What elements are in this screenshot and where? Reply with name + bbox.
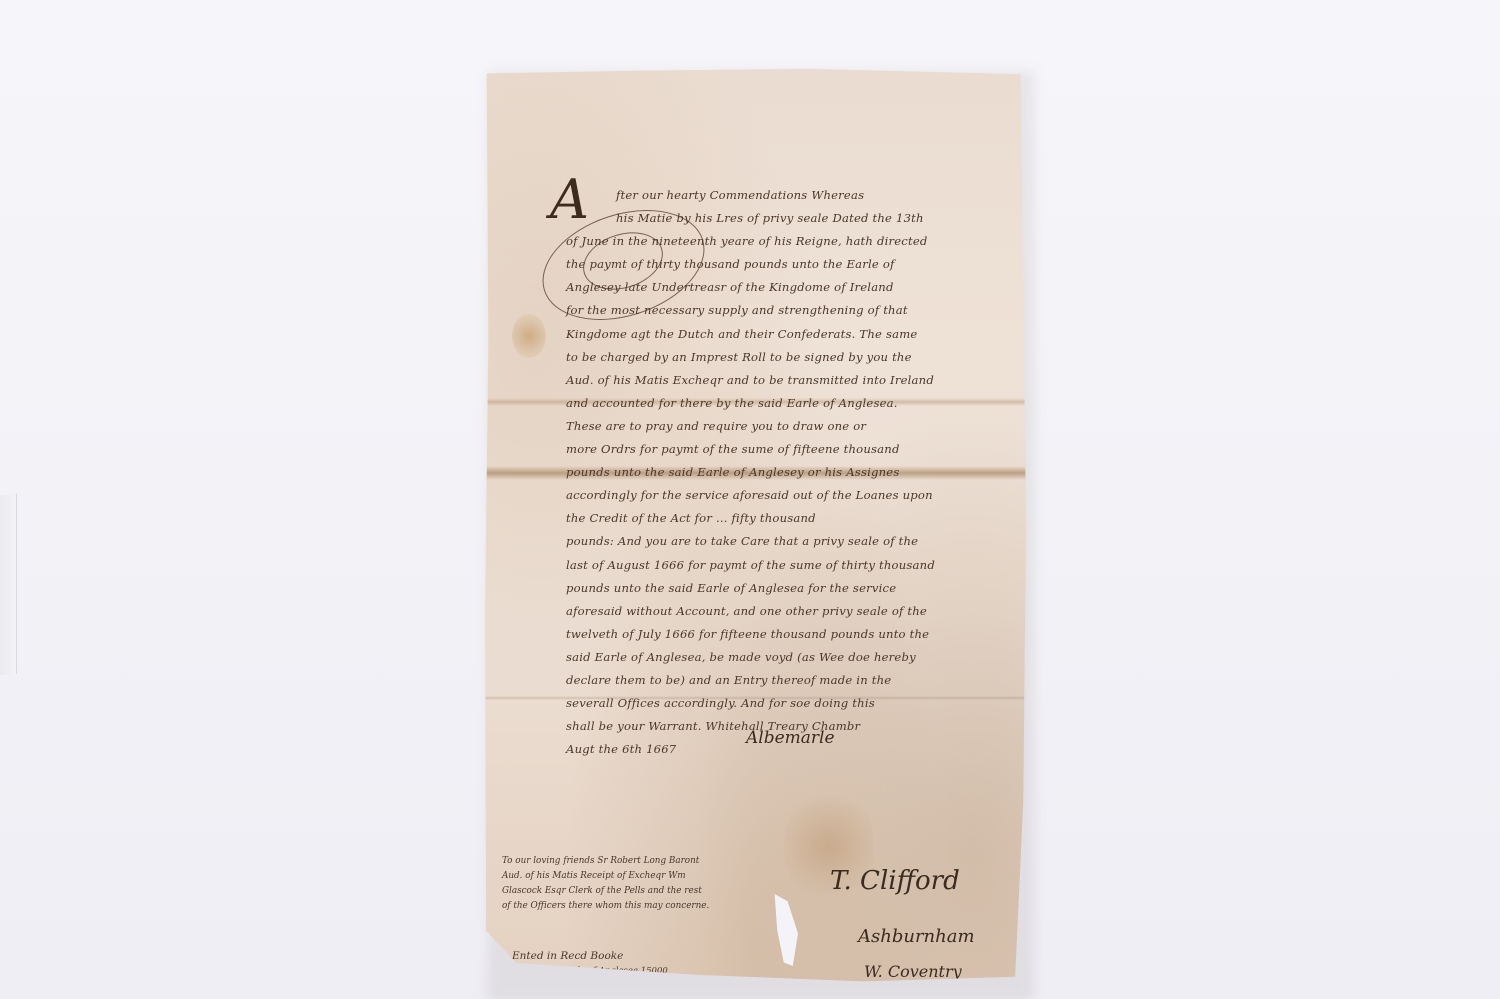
- body-line: for the most necessary supply and streng…: [566, 299, 1006, 322]
- body-line: aforesaid without Account, and one other…: [566, 600, 1006, 623]
- signature-albemarle: Albemarle: [746, 728, 835, 748]
- body-line: fter our hearty Commendations Whereas: [566, 184, 1006, 207]
- warrant-body: fter our hearty Commendations Whereas hi…: [566, 184, 1006, 761]
- body-line: said Earle of Anglesea, be made voyd (as…: [566, 646, 1006, 669]
- body-line: These are to pray and require you to dra…: [566, 415, 1006, 438]
- body-line: declare them to be) and an Entry thereof…: [566, 669, 1006, 692]
- address-line: To our loving friends Sr Robert Long Bar…: [502, 854, 802, 869]
- address-line: Aud. of his Matis Receipt of Excheqr Wm: [502, 869, 802, 884]
- body-line: pounds unto the said Earle of Anglesey o…: [566, 461, 1006, 484]
- manuscript-document: A fter our hearty Commendations Whereas …: [484, 66, 1026, 986]
- signature-clifford: T. Clifford: [830, 866, 960, 896]
- body-line: last of August 1666 for paymt of the sum…: [566, 554, 1006, 577]
- body-line: the paymt of thirty thousand pounds unto…: [566, 253, 1006, 276]
- address-line: Glascock Esqr Clerk of the Pells and the…: [502, 884, 802, 899]
- body-line: twelveth of July 1666 for fifteene thous…: [566, 623, 1006, 646]
- body-line: Anglesey late Undertreasr of the Kingdom…: [566, 276, 1006, 299]
- body-line: of June in the nineteenth yeare of his R…: [566, 230, 1006, 253]
- body-line: to be charged by an Imprest Roll to be s…: [566, 346, 1006, 369]
- signature-coventry: W. Coventry: [864, 962, 962, 981]
- acrylic-stand-edge: [0, 494, 17, 677]
- water-stain: [512, 314, 546, 358]
- body-line: his Matie by his Lres of privy seale Dat…: [566, 207, 1006, 230]
- body-line: pounds unto the said Earle of Anglesea f…: [566, 577, 1006, 600]
- body-line: pounds: And you are to take Care that a …: [566, 530, 1006, 553]
- body-line: and accounted for there by the said Earl…: [566, 392, 1006, 415]
- address-line: of the Officers there whom this may conc…: [502, 899, 802, 914]
- body-line: the Credit of the Act for ... fifty thou…: [566, 507, 1006, 530]
- body-line: accordingly for the service aforesaid ou…: [566, 484, 1006, 507]
- signature-ashburnham: Ashburnham: [858, 926, 975, 947]
- body-line: Aud. of his Matis Excheqr and to be tran…: [566, 369, 1006, 392]
- address-block: To our loving friends Sr Robert Long Bar…: [502, 854, 802, 914]
- docket-line-1: Ented in Recd Booke: [512, 950, 668, 962]
- body-line: more Ordrs for paymt of the sume of fift…: [566, 438, 1006, 461]
- body-line: severall Offices accordingly. And for so…: [566, 692, 1006, 715]
- body-line: Kingdome agt the Dutch and their Confede…: [566, 323, 1006, 346]
